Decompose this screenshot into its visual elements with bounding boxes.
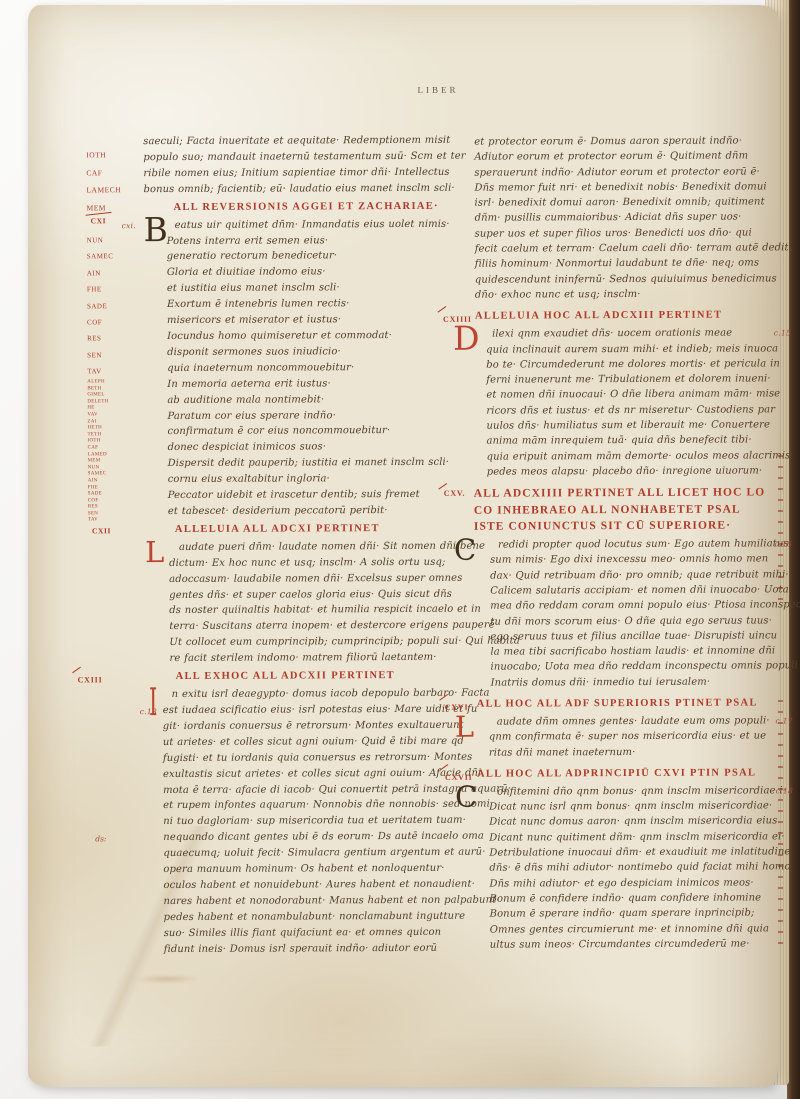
text-line: dño· exhoc nunc et usq; insclm· <box>445 286 775 303</box>
text-line: Calicem salutaris accipiam· et nomen dñi… <box>446 582 776 599</box>
margin-letter: lamech <box>86 181 121 199</box>
margin-psalm-number: cxiii <box>78 672 103 688</box>
text-line: Peccator uidebit et irascetur dentib; su… <box>145 487 463 504</box>
psalm-dilexi: c.15 D ilexi qnm exaudiet dñs· uocem ora… <box>445 326 776 480</box>
text-line: quia inclinauit aurem suam mihi· et indi… <box>445 341 775 358</box>
rubric-title: ALL REVERSIONIS AGGEI ET ZACHARIAE· <box>143 198 461 215</box>
text-line: quidescendunt ininfernū· Sednos quiuiuim… <box>445 271 775 288</box>
initial-letter-I: I <box>149 684 157 720</box>
psalm-beatus-vir: cxi. B eatus uir quitimet dñm· Inmandati… <box>144 216 463 520</box>
text-line: Potens interra erit semen eius· <box>144 232 462 249</box>
page-content: LIBER iothcaflamechmem cxi nunsamecainfh… <box>26 3 781 1088</box>
text-column-left: saeculi; Facta inueritate et aequitate· … <box>143 133 465 958</box>
rubric-title: cxiiii ALLELUIA HOC ALL ADCXIII PERTINET <box>445 308 775 325</box>
text-line: Inatriis domus dñi· inmedio tui ierusale… <box>447 674 777 691</box>
rubric-title: cxvi ALL HOC ALL ADF SUPERIORIS PTINET P… <box>447 695 777 712</box>
text-line: la mea tibi sacrificabo hostiam laudis· … <box>446 643 776 660</box>
rubric-line: CO INHEBRAEO ALL NONHABETET PSAL <box>446 501 776 519</box>
initial-letter-L: L <box>455 712 474 742</box>
text-column-right: et protector eorum ē· Domus aaron sperau… <box>444 133 778 953</box>
text-line: filiis hominum· Nonmortui laudabunt te d… <box>445 256 775 273</box>
text-line: redidi propter quod locutus sum· Ego aut… <box>446 536 776 553</box>
text-line: In memoria aeterna erit iustus· <box>144 375 462 392</box>
text-line: Detribulatione inuocaui dñm· et exaudiui… <box>447 844 777 861</box>
text-line: donec despiciat inimicos suos· <box>145 439 463 456</box>
text-line: audate dñm omnes gentes· laudate eum oms… <box>447 713 777 730</box>
text-line: Iocundus homo quimiseretur et commodat· <box>144 328 462 345</box>
margin-letter-group-1: iothcaflamechmem <box>86 146 121 216</box>
running-title: LIBER <box>378 85 498 96</box>
margin-letter: sen <box>87 347 114 364</box>
text-line: fidunt ineis· Domus isrl sperauit indño·… <box>147 940 465 957</box>
psalm-number-note: cxi. <box>122 221 136 230</box>
text-line: Dicat nunc domus aaron· qnm insclm miser… <box>447 814 777 831</box>
text-line: dax· Quid retribuam dño· pro omnib; quae… <box>446 567 776 584</box>
text-line: quaecumq; uoluit fecit· Simulacra gentiu… <box>146 845 464 862</box>
text-line: suo· Similes illis fiant quifaciunt ea· … <box>147 924 465 941</box>
text-line: mea dño reddam coram omni populo eius· P… <box>446 598 776 615</box>
manuscript-page: LIBER iothcaflamechmem cxi nunsamecainfh… <box>28 5 778 1087</box>
text-line: misericors et miserator et iustus· <box>144 312 462 329</box>
text-line: Bonum ē confidere indño· quam confidere … <box>448 890 778 907</box>
margin-letter: fhe <box>87 281 114 298</box>
initial-letter-L: L <box>145 537 164 567</box>
rubric-line: ALL ADCXIIII PERTINET ALL LICET HOC LO <box>446 485 776 503</box>
psalm-laudate-dominum: c.17 L audate dñm omnes gentes· laudate … <box>447 713 777 760</box>
text-line: dñm· pusillis cummaioribus· Adiciat dñs … <box>445 210 775 227</box>
psalm-in-exitu: c.13 I n exitu isrl deaegypto· domus iac… <box>146 686 465 958</box>
text-line: generatio rectorum benedicetur· <box>144 248 462 265</box>
initial-letter-C: C <box>454 535 476 565</box>
margin-letter: cof <box>87 314 114 331</box>
text-line: dictum· Ex hoc nunc et usq; insclm· A so… <box>145 554 463 571</box>
text-line: Adiutor eorum et protector eorum ē· Quit… <box>444 149 774 166</box>
text-line: ritas dñi manet inaeternum· <box>447 744 777 761</box>
text-line: terra· Suscitans aterra inopem· et deste… <box>145 618 463 635</box>
text-line: git· iordanis conuersus ē retrorsum· Mon… <box>146 718 464 735</box>
text-line: gentes dñs· et super caelos gloria eius·… <box>145 586 463 603</box>
text-line: tu dñi mors scorum eius· O dñe quia ego … <box>446 613 776 630</box>
initial-letter-D: D <box>453 324 480 354</box>
text-line: ferni inuenerunt me· Tribulationem et do… <box>445 372 775 389</box>
text-line: Dicant nunc quitiment dñm· qnm insclm mi… <box>447 829 777 846</box>
text-line: pedes meos alapsu· placebo dño· inregion… <box>446 463 776 480</box>
psalm-confitemini: c.18 C onfitemini dño qnm bonus· qnm ins… <box>447 783 778 953</box>
text-line: sperauerunt indño· Adiutor eorum et prot… <box>444 164 774 181</box>
text-line: Dñs memor fuit nri· et benedixit nobis· … <box>444 179 774 196</box>
text-line: dñs· ē dñs mihi adiutor· nontimebo quid … <box>447 860 777 877</box>
text-line: et nomen dñi inuocaui· O dñe libera anim… <box>445 387 775 404</box>
text-line: Exortum ē intenebris lumen rectis· <box>144 296 462 313</box>
text-line: n exitu isrl deaegypto· domus iacob depo… <box>146 686 464 703</box>
margin-psalm-number: cxi <box>91 216 107 225</box>
text-line: anima mām inrequiem tuā· quia dñs benefe… <box>446 433 776 450</box>
text-line: super uos et super filios uros· Benedict… <box>445 225 775 242</box>
text-line: ut arietes· et colles sicut agni ouium· … <box>146 734 464 751</box>
text-line: ds noster quiinaltis habitat· et humilia… <box>145 602 463 619</box>
text-line: disponit sermones suos iniudicio· <box>144 344 462 361</box>
margin-letter: samec <box>88 472 109 479</box>
text-line: ribile nomen eius; Initium sapientiae ti… <box>143 165 461 182</box>
margin-letter: sade <box>87 298 114 315</box>
initial-letter-C: C <box>455 782 477 812</box>
psalm-number-note: c.17 <box>775 716 792 725</box>
psalm-text-continuation: saeculi; Facta inueritate et aequitate· … <box>143 133 461 198</box>
text-line: Dispersit dedit pauperib; iustitia ei ma… <box>145 455 463 472</box>
margin-note-ds: ds: <box>95 834 106 843</box>
text-line: ricors dñs et iustus· et ds nr miseretur… <box>445 402 775 419</box>
text-line: audate pueri dñm· laudate nomen dñi· Sit… <box>145 539 463 556</box>
text-line: et tabescet· desiderium peccatorū peribi… <box>145 503 463 520</box>
text-line: ilexi qnm exaudiet dñs· uocem orationis … <box>445 326 775 343</box>
margin-letter: samec <box>87 249 114 266</box>
text-line: Bonum ē sperare indño· quam sperare inpr… <box>448 906 778 923</box>
text-line: exultastis sicut arietes· et colles sicu… <box>146 765 464 782</box>
text-line: et rupem infontes aquarum· Nonnobis dñe … <box>146 797 464 814</box>
text-line: et iustitia eius manet insclm scli· <box>144 280 462 297</box>
text-line: Paratum cor eius sperare indño· <box>144 407 462 424</box>
text-line: ultus sum ineos· Circumdantes circumdede… <box>448 936 778 953</box>
text-line: confirmatum ē cor eius noncommouebitur· <box>144 423 462 440</box>
psalm-number-note: c.18 <box>776 786 793 795</box>
psalm-text-continuation: et protector eorum ē· Domus aaron sperau… <box>444 133 775 303</box>
text-line: populo suo; mandauit inaeternū testament… <box>143 149 461 166</box>
text-line: est iudaea scificatio eius· isrl potesta… <box>146 702 464 719</box>
text-line: cornu eius exaltabitur ingloria· <box>145 471 463 488</box>
text-line: mota ē terra· afacie di iacob· Qui conue… <box>146 781 464 798</box>
text-line: saeculi; Facta inueritate et aequitate· … <box>143 133 461 150</box>
margin-letter: caf <box>86 164 121 182</box>
margin-letter-group-3: alephbethgimeldelethhevavzaihethtethioth… <box>87 379 109 524</box>
text-line: ego seruus tuus et filius ancillae tuae·… <box>446 628 776 645</box>
psalm-number-note: c.15 <box>774 329 791 338</box>
text-line: ab auditione mala nontimebit· <box>144 391 462 408</box>
text-line: sum nimis· Ego dixi inexcessu meo· omnis… <box>446 552 776 569</box>
text-line: Omnes gentes circumierunt me· et innomin… <box>448 921 778 938</box>
text-line: bonus omnib; facientib; eū· laudatio eiu… <box>143 180 461 197</box>
text-line: quia inaeternum noncommouebitur· <box>144 360 462 377</box>
text-line: inuocabo; Uota mea dño reddam inconspect… <box>446 659 776 676</box>
psalm-credidi: c.16 C redidi propter quod locutus sum· … <box>446 536 777 690</box>
psalm-number-note: c.16 <box>775 539 792 548</box>
initial-letter-B: B <box>144 215 168 245</box>
text-line: bo te· Circumdederunt me dolores mortis·… <box>445 356 775 373</box>
margin-letter: ain <box>87 265 114 282</box>
text-line: onfitemini dño qnm bonus· qnm insclm mis… <box>447 783 777 800</box>
text-line: opera manuum hominum· Os habent et nonlo… <box>146 861 464 878</box>
text-line: oculos habent et nonuidebunt· Aures habe… <box>146 877 464 894</box>
text-line: nares habent et nonodorabunt· Manus habe… <box>147 893 465 910</box>
text-line: Dicat nunc isrl qnm bonus· qnm insclm mi… <box>447 799 777 816</box>
margin-letter: tav <box>88 518 109 525</box>
text-line: isrl· benedixit domui aaron· Benedixit o… <box>444 195 774 212</box>
margin-letter: tav <box>87 364 114 381</box>
rubric-title: ALLELUIA ALL ADCXI PERTINET <box>145 521 463 538</box>
rubric-line: ISTE CONIUNCTUS SIT CŪ SUPERIORE· <box>446 518 776 536</box>
text-line: qnm confirmata ē· super nos misericordia… <box>447 729 777 746</box>
psalm-laudate-pueri: L audate pueri dñm· laudate nomen dñi· S… <box>145 539 464 668</box>
margin-letter: res <box>87 331 114 348</box>
margin-psalm-number: cxii <box>92 526 111 535</box>
rubric-title: cxiii ALL EXHOC ALL ADCXII PERTINET <box>146 668 464 685</box>
text-line: Ut collocet eum cumprincipib; cumprincip… <box>145 634 463 651</box>
margin-psalm-number: cxv. <box>444 489 466 498</box>
margin-letter-group-2: nunsamecainfhesadecofressentav <box>87 232 114 380</box>
text-line: et protector eorum ē· Domus aaron sperau… <box>444 133 774 150</box>
text-line: fugisti· et tu iordanis quia conuersus e… <box>146 749 464 766</box>
rubric-title-multiline: cxv. ALL ADCXIIII PERTINET ALL LICET HOC… <box>446 485 776 536</box>
margin-letter: ioth <box>86 146 121 164</box>
margin-letter: nun <box>87 232 114 249</box>
text-line: uulos dñs· humiliatus sum et liberauit m… <box>445 417 775 434</box>
text-line: eatus uir quitimet dñm· Inmandatis eius … <box>144 216 462 233</box>
text-line: Dñs mihi adiutor· et ego despiciam inimi… <box>447 875 777 892</box>
text-line: Gloria et diuitiae indomo eius· <box>144 264 462 281</box>
text-line: fecit caelum et terram· Caelum caeli dño… <box>445 240 775 257</box>
text-line: re facit sterilem indomo· matrem filiorū… <box>145 650 463 667</box>
text-line: quia eripuit animam mām demorte· oculos … <box>446 448 776 465</box>
text-line: pedes habent et nonambulabunt· nonclamab… <box>147 909 465 926</box>
text-line: adoccasum· laudabile nomen dñi· Excelsus… <box>145 570 463 587</box>
text-line: nequando dicant gentes ubi ē ds eorum· D… <box>146 829 464 846</box>
rubric-title: cxvii ALL HOC ALL ADPRINCIPIŪ CXVI PTIN … <box>447 765 777 782</box>
margin-hebrew-letters: iothcaflamechmem cxi nunsamecainfhesadec… <box>84 136 137 856</box>
text-line: ni tuo dagloriam· sup misericordia tua e… <box>146 813 464 830</box>
